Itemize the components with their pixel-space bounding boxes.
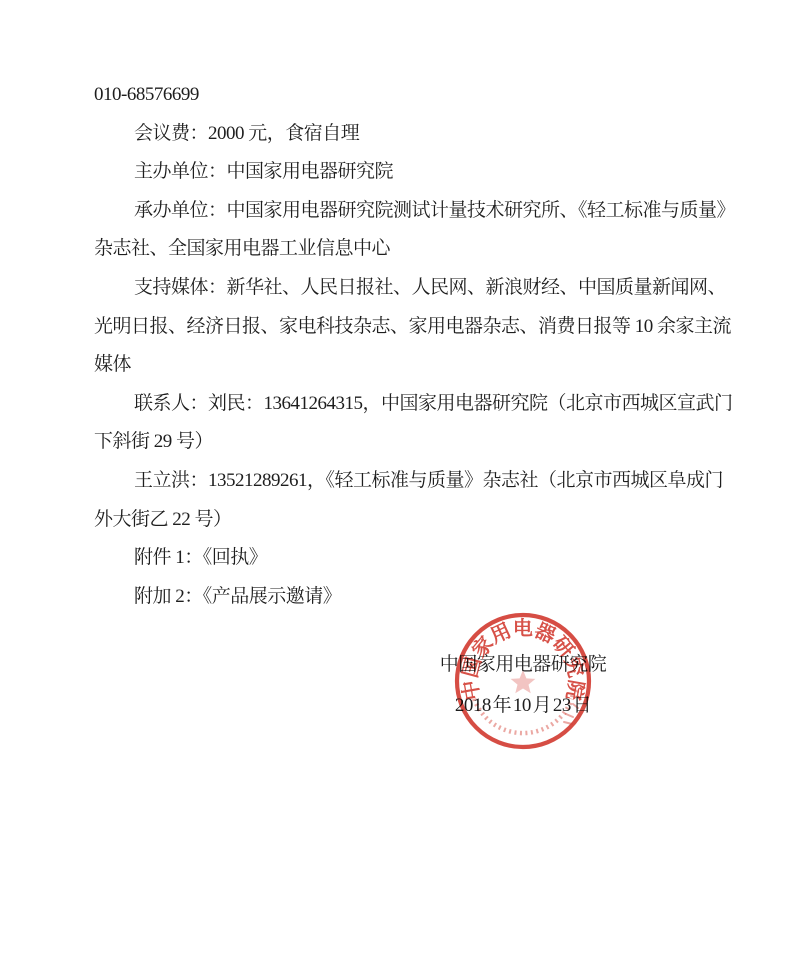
text-line: 杂志社、全国家用电器工业信息中心 [94,230,734,269]
text-line: 外大街乙 22 号） [94,501,734,540]
text-line: 010-68576699 [94,76,734,115]
text-line: 王立洪：13521289261，《轻工标准与质量》杂志社（北京市西城区阜成门 [94,462,734,501]
text-line: 附件 1：《回执》 [94,539,734,578]
text-line: 主办单位：中国家用电器研究院 [94,153,734,192]
text-line: 承办单位：中国家用电器研究院测试计量技术研究所、《轻工标准与质量》 [94,192,734,231]
seal-arc-text: 中国家用电器研究院 [457,616,588,702]
text-line: 联系人：刘民：13641264315，中国家用电器研究院（北京市西城区宣武门 [94,385,734,424]
seal-arc-text-group: 中国家用电器研究院 [457,616,588,702]
document-page: 010-68576699会议费：2000 元，食宿自理主办单位：中国家用电器研究… [0,0,790,954]
text-line: 会议费：2000 元，食宿自理 [94,115,734,154]
seal-star-icon [511,670,536,693]
official-seal-stamp: 中国家用电器研究院 [448,606,598,756]
seal-bottom-text-arc [474,699,572,733]
text-line: 媒体 [94,346,734,385]
text-line: 支持媒体：新华社、人民日报社、人民网、新浪财经、中国质量新闻网、 [94,269,734,308]
document-body: 010-68576699会议费：2000 元，食宿自理主办单位：中国家用电器研究… [94,76,734,616]
text-line: 光明日报、经济日报、家电科技杂志、家用电器杂志、消费日报等 10 余家主流 [94,308,734,347]
text-line: 附加 2：《产品展示邀请》 [94,578,734,617]
text-line: 下斜街 29 号） [94,423,734,462]
